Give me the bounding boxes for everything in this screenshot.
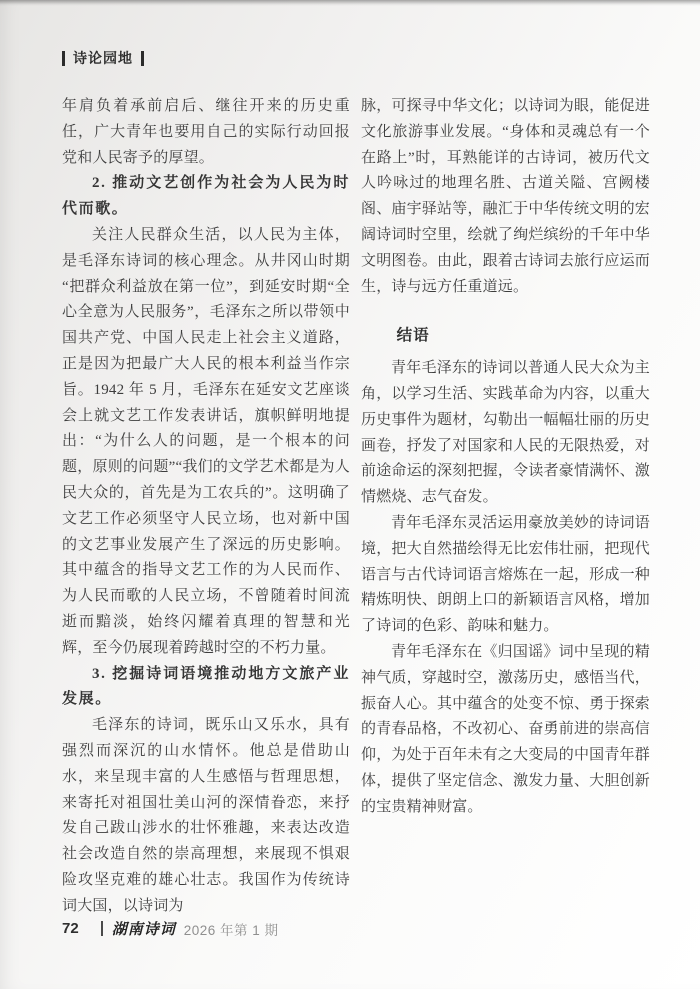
issue-info: 2026 年第 1 期 <box>184 919 279 939</box>
left-column: 年肩负着承前启后、继往开来的历史重任，广大青年也要用自己的实际行动回报党和人民寄… <box>62 94 350 920</box>
right-column: 脉，可探寻中华文化；以诗词为眼，能促进文化旅游事业发展。“身体和灵魂总有一个在路… <box>361 94 650 821</box>
conclusion-heading: 结语 <box>361 323 650 349</box>
subheading-point-2: 2. 推动文艺创作为社会为人民为时代而歌。 <box>62 171 350 223</box>
page-footer: 72 湖南诗词 2026 年第 1 期 <box>62 918 279 939</box>
subheading-point-3: 3. 挖掘诗词语境推动地方文旅产业发展。 <box>62 662 350 714</box>
paragraph: 青年毛泽东的诗词以普通人民大众为主角，以学习生活、实践革命为内容，以重大历史事件… <box>361 356 650 511</box>
paragraph: 毛泽东的诗词，既乐山又乐水，具有强烈而深沉的山水情怀。他总是借助山水，来呈现丰富… <box>62 713 350 919</box>
column-rubric-label: 诗论园地 <box>62 51 144 66</box>
page-header: 诗论园地 <box>62 50 144 68</box>
journal-name: 湖南诗词 <box>112 918 176 939</box>
paragraph: 关注人民群众生活，以人民为主体，是毛泽东诗词的核心理念。从井冈山时期“把群众利益… <box>62 223 350 662</box>
paragraph: 青年毛泽东灵活运用豪放美妙的诗词语境，把大自然描绘得无比宏伟壮丽，把现代语言与古… <box>361 511 650 640</box>
journal-page: 诗论园地 年肩负着承前启后、继往开来的历史重任，广大青年也要用自己的实际行动回报… <box>0 0 700 989</box>
page-number: 72 <box>62 920 79 937</box>
scan-edge-shadow <box>0 0 700 6</box>
paragraph: 青年毛泽东在《归国谣》词中呈现的精神气质，穿越时空，激荡历史，感悟当代，振奋人心… <box>361 640 650 821</box>
paragraph-continuation: 年肩负着承前启后、继往开来的历史重任，广大青年也要用自己的实际行动回报党和人民寄… <box>62 94 350 171</box>
paragraph-continuation: 脉，可探寻中华文化；以诗词为眼，能促进文化旅游事业发展。“身体和灵魂总有一个在路… <box>361 94 650 300</box>
footer-divider <box>101 921 103 936</box>
